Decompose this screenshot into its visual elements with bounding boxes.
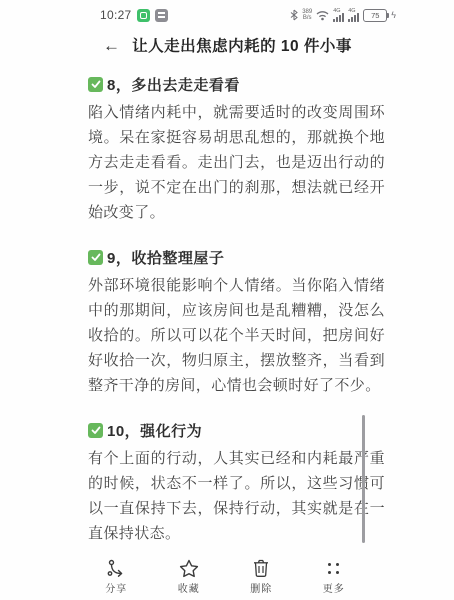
section-heading: 10，强化行为 — [107, 420, 202, 441]
note-section-10: 10，强化行为 有个上面的行动，人其实已经和内耗最严重的时候，状态不一样了。所以… — [88, 420, 385, 546]
checkbox-icon — [88, 423, 103, 438]
bluetooth-icon — [290, 9, 298, 21]
delete-button[interactable]: 删除 — [250, 559, 272, 595]
charging-icon: ϟ — [391, 10, 396, 20]
scrollbar[interactable] — [362, 415, 365, 543]
section-body: 有个上面的行动，人其实已经和内耗最严重的时候，状态不一样了。所以，这些习惯可以一… — [88, 446, 385, 546]
section-heading: 8，多出去走走看看 — [107, 74, 240, 95]
section-heading: 9，收拾整理屋子 — [107, 247, 224, 268]
trash-icon — [252, 559, 270, 578]
notification-memo-icon — [155, 9, 168, 22]
star-icon — [179, 559, 199, 578]
notification-app-icon — [137, 9, 150, 22]
wifi-icon — [316, 10, 329, 21]
network-speed-indicator: 389 B/s — [302, 9, 312, 21]
back-arrow-icon[interactable]: ← — [103, 37, 120, 54]
more-button[interactable]: 更多 — [323, 560, 345, 595]
section-body: 陷入情绪内耗中，就需要适时的改变周围环境。呆在家挺容易胡思乱想的，那就换个地方去… — [88, 100, 385, 225]
sim1-signal-icon: 4G — [333, 9, 344, 22]
delete-label: 删除 — [250, 580, 272, 595]
bottom-toolbar: 分享 收藏 删除 更多 — [0, 554, 454, 600]
share-label: 分享 — [105, 580, 127, 595]
share-button[interactable]: 分享 — [105, 559, 127, 595]
note-section-8: 8，多出去走走看看 陷入情绪内耗中，就需要适时的改变周围环境。呆在家挺容易胡思乱… — [88, 74, 385, 225]
sim2-signal-icon: 4G — [348, 9, 359, 22]
page-title: 让人走出焦虑内耗的 10 件小事 — [0, 34, 454, 56]
notes-app-screen: 10:27 389 B/s 4G 4G — [0, 0, 454, 600]
note-content: 8，多出去走走看看 陷入情绪内耗中，就需要适时的改变周围环境。呆在家挺容易胡思乱… — [88, 74, 385, 595]
favorite-button[interactable]: 收藏 — [178, 559, 200, 595]
more-label: 更多 — [323, 580, 345, 595]
favorite-label: 收藏 — [178, 580, 200, 595]
checkbox-icon — [88, 77, 103, 92]
share-icon — [106, 559, 126, 578]
section-body: 外部环境很能影响个人情绪。当你陷入情绪中的那期间，应该房间也是乱糟糟，没怎么收拾… — [88, 273, 385, 398]
battery-icon: 75 — [363, 9, 387, 22]
checkbox-icon — [88, 250, 103, 265]
note-header: ← 让人走出焦虑内耗的 10 件小事 — [0, 28, 454, 62]
more-icon — [325, 560, 343, 578]
clock-text: 10:27 — [100, 8, 132, 22]
status-bar: 10:27 389 B/s 4G 4G — [0, 4, 454, 26]
note-section-9: 9，收拾整理屋子 外部环境很能影响个人情绪。当你陷入情绪中的那期间，应该房间也是… — [88, 247, 385, 398]
